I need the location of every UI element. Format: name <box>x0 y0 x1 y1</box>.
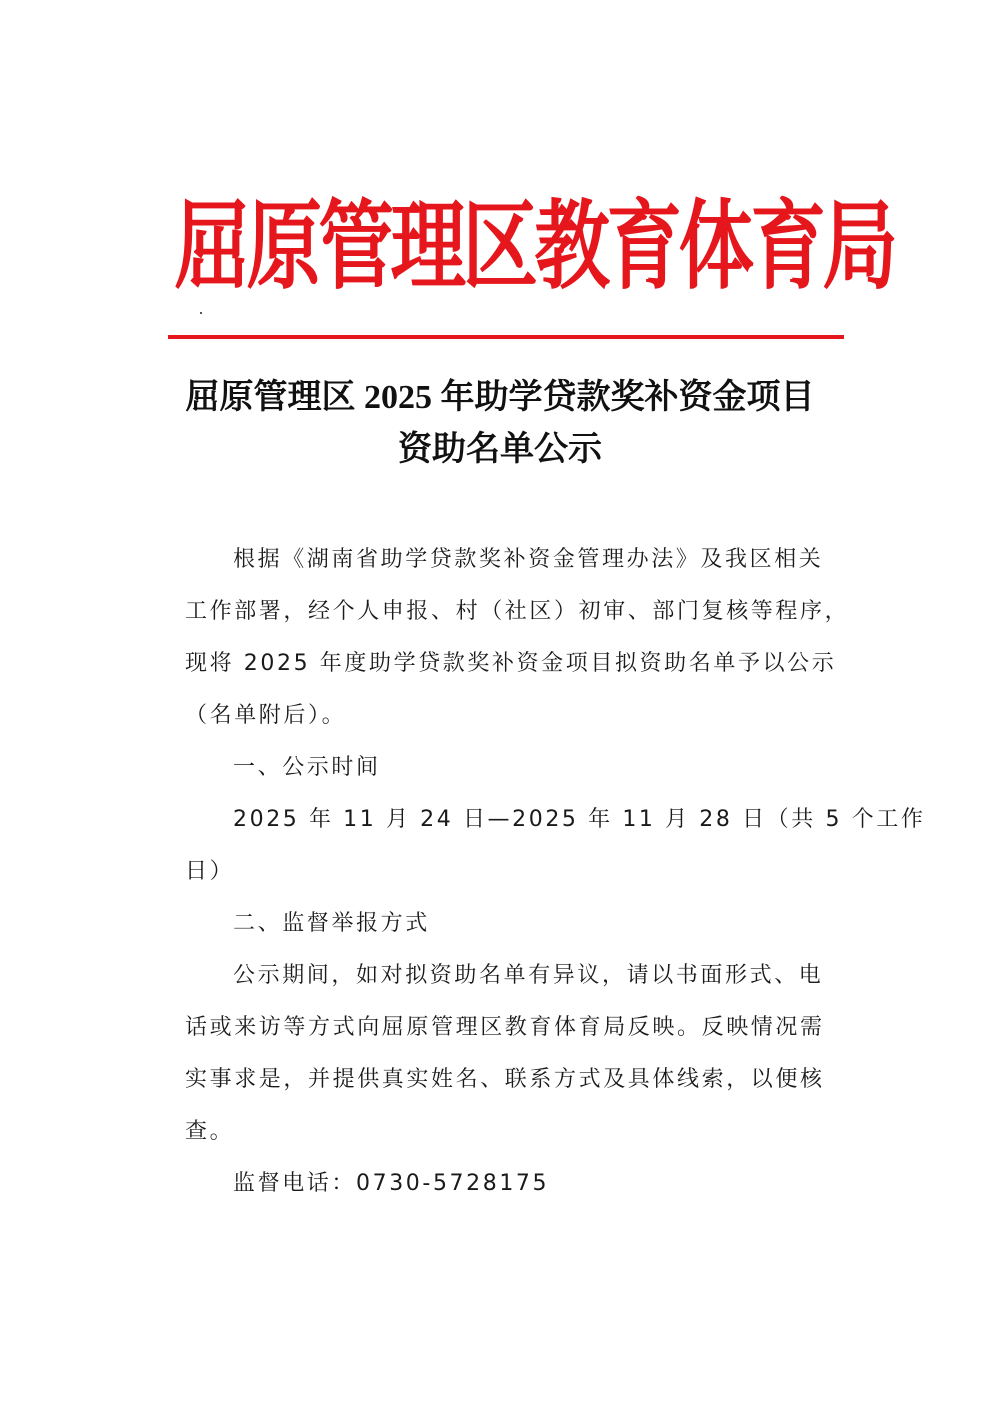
intro-line: 根据《湖南省助学贷款奖补资金管理办法》及我区相关 <box>185 534 807 586</box>
hotline-number: 0730-5728175 <box>356 1171 549 1196</box>
section-heading-supervision: 二、监督举报方式 <box>185 898 807 950</box>
hotline-label: 监督电话： <box>233 1171 356 1196</box>
document-title: 屈原管理区 2025 年助学贷款奖补资金项目 资助名单公示 <box>180 372 820 476</box>
masthead-char: 局 <box>822 188 881 304</box>
masthead-char: 管 <box>318 188 377 304</box>
document-body: 根据《湖南省助学贷款奖补资金管理办法》及我区相关 工作部署，经个人申报、村（社区… <box>185 534 807 1210</box>
masthead-char: 育 <box>606 188 665 304</box>
masthead-char: 教 <box>534 188 593 304</box>
publicity-period-paragraph: 2025 年 11 月 24 日—2025 年 11 月 28 日（共 5 个工… <box>185 794 807 898</box>
supervision-line: 公示期间，如对拟资助名单有异议，请以书面形式、电 <box>185 950 807 1002</box>
scan-speck <box>200 312 202 314</box>
supervision-line: 话或来访等方式向屈原管理区教育体育局反映。反映情况需 <box>185 1002 807 1054</box>
masthead-char: 育 <box>750 188 809 304</box>
masthead-char: 理 <box>390 188 449 304</box>
masthead-char: 原 <box>246 188 305 304</box>
document-title-line-2: 资助名单公示 <box>180 424 820 476</box>
supervision-line: 查。 <box>185 1106 807 1158</box>
section-heading-publicity-period: 一、公示时间 <box>185 742 807 794</box>
supervision-line: 实事求是，并提供真实姓名、联系方式及具体线索，以便核 <box>185 1054 807 1106</box>
document-title-line-1: 屈原管理区 2025 年助学贷款奖补资金项目 <box>180 372 820 424</box>
period-line: 日） <box>185 846 807 898</box>
intro-line: 现将 2025 年度助学贷款奖补资金项目拟资助名单予以公示 <box>185 638 807 690</box>
masthead-title: 屈 原 管 理 区 教 育 体 育 局 <box>168 188 844 304</box>
supervision-paragraph: 公示期间，如对拟资助名单有异议，请以书面形式、电 话或来访等方式向屈原管理区教育… <box>185 950 807 1158</box>
masthead-char: 区 <box>462 188 521 304</box>
masthead-char: 屈 <box>174 188 233 304</box>
period-line: 2025 年 11 月 24 日—2025 年 11 月 28 日（共 5 个工… <box>185 794 807 846</box>
intro-line: 工作部署，经个人申报、村（社区）初审、部门复核等程序， <box>185 586 807 638</box>
document-page: 屈 原 管 理 区 教 育 体 育 局 屈原管理区 2025 年助学贷款奖补资金… <box>0 0 1000 1415</box>
masthead-char: 体 <box>678 188 737 304</box>
intro-paragraph: 根据《湖南省助学贷款奖补资金管理办法》及我区相关 工作部署，经个人申报、村（社区… <box>185 534 807 742</box>
intro-line: （名单附后）。 <box>185 690 807 742</box>
red-divider-rule <box>168 335 844 339</box>
supervision-hotline: 监督电话：0730-5728175 <box>185 1158 807 1210</box>
